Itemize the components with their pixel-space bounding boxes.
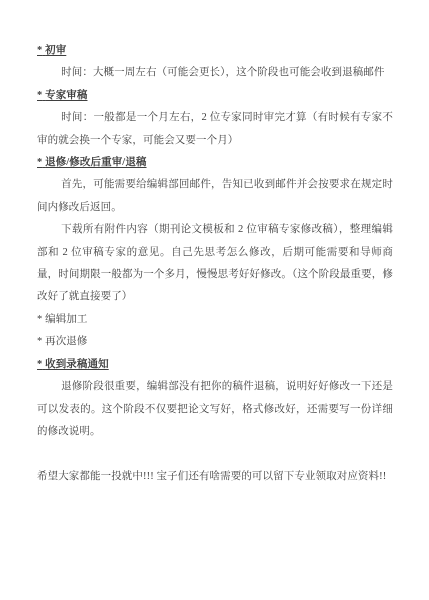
asterisk-bullet: * [37, 359, 42, 370]
block-text: 初审 [45, 45, 66, 56]
document-body: * 初审时间：大概一周左右（可能会更长），这个阶段也可能会收到退稿邮件* 专家审… [37, 40, 393, 488]
paragraph: 首先，可能需要给编辑部回邮件，告知已收到邮件并会按要求在规定时间内修改后返回。 [37, 174, 393, 219]
document-page: * 初审时间：大概一周左右（可能会更长），这个阶段也可能会收到退稿邮件* 专家审… [0, 0, 429, 600]
section-heading: * 初审 [37, 40, 393, 62]
paragraph: 退修阶段很重要，编辑部没有把你的稿件退稿，说明好好修改一下还是可以发表的。这个阶… [37, 376, 393, 443]
block-text: 编辑加工 [45, 314, 87, 325]
block-text: 再次退修 [45, 336, 87, 347]
block-text: 收到录稿通知 [45, 359, 109, 370]
paragraph: 时间：大概一周左右（可能会更长），这个阶段也可能会收到退稿邮件 [37, 62, 393, 84]
paragraph: 时间：一般都是一个月左右，2 位专家同时审完才算（有时候有专家不审的就会换一个专… [37, 107, 393, 152]
asterisk-bullet: * [37, 314, 42, 325]
paragraph: 下载所有附件内容（期刊论文模板和 2 位审稿专家修改稿），整理编辑部和 2 位审… [37, 219, 393, 309]
asterisk-bullet: * [37, 45, 42, 56]
closing-line: 希望大家都能一投就中!!! 宝子们还有啥需要的可以留下专业领取对应资料!! [37, 466, 393, 488]
section-heading: * 退修/修改后重审/退稿 [37, 152, 393, 174]
bullet-item: * 再次退修 [37, 331, 393, 353]
section-heading: * 专家审稿 [37, 85, 393, 107]
bullet-item: * 编辑加工 [37, 309, 393, 331]
asterisk-bullet: * [37, 336, 42, 347]
section-heading: * 收到录稿通知 [37, 354, 393, 376]
block-text: 专家审稿 [45, 90, 87, 101]
asterisk-bullet: * [37, 90, 42, 101]
block-text: 退修/修改后重审/退稿 [45, 157, 146, 168]
asterisk-bullet: * [37, 157, 42, 168]
